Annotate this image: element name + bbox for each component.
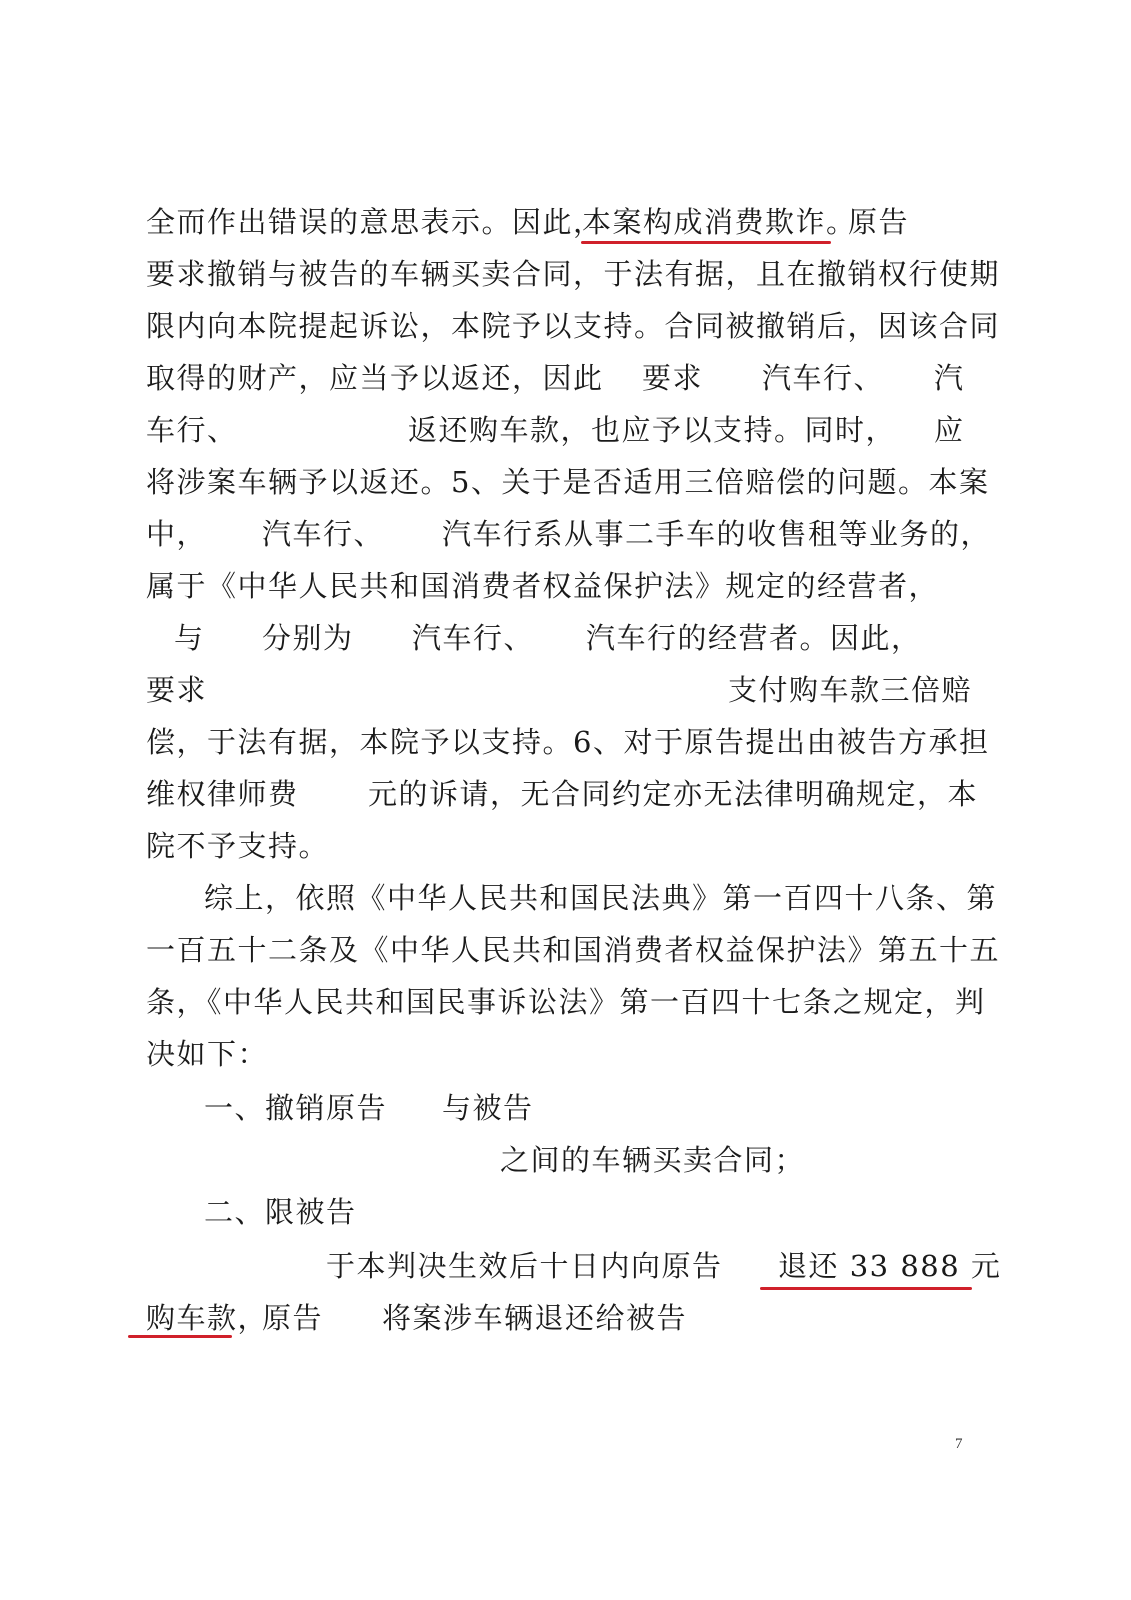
- text-segment: 要求: [642, 356, 703, 400]
- text-segment: 汽车行系从事二手车的收售租等业务的，: [442, 512, 991, 556]
- text-segment: 维权律师费: [146, 772, 299, 816]
- document-page: 全而作出错误的意思表示。因此， 本案构成消费欺诈。 原告 要求撤销与被告的车辆买…: [0, 0, 1131, 1600]
- text-segment: 偿，于法有据，本院予以支持。6、对于原告提出由被告方承担: [146, 720, 989, 764]
- text-segment: 全而作出错误的意思表示。因此，: [146, 200, 604, 244]
- highlighted-text-car-payment: 购车款，: [146, 1296, 268, 1340]
- text-segment: 一百五十二条及《中华人民共和国消费者权益保护法》第五十五: [146, 928, 1000, 972]
- text-segment: 分别为: [262, 616, 354, 660]
- text-segment: 将涉案车辆予以返还。5、关于是否适用三倍赔偿的问题。本案: [146, 460, 989, 504]
- text-segment: 汽车行的经营者。因此，: [586, 616, 922, 660]
- text-segment: 与: [174, 616, 205, 660]
- text-segment: 汽车行、: [262, 512, 384, 556]
- text-segment: 条，《中华人民共和国民事诉讼法》第一百四十七条之规定，判: [146, 980, 986, 1024]
- text-segment: 属于《中华人民共和国消费者权益保护法》规定的经营者，: [146, 564, 939, 608]
- highlighted-text-fraud: 本案构成消费欺诈。: [582, 200, 857, 244]
- text-segment: 返还购车款，也应予以支持。同时，: [408, 408, 896, 452]
- text-segment: 汽: [934, 356, 965, 400]
- text-segment: 汽车行、: [762, 356, 884, 400]
- text-segment: 决如下：: [146, 1032, 268, 1076]
- page-number: 7: [955, 1436, 963, 1453]
- text-segment: 之间的车辆买卖合同；: [500, 1138, 805, 1182]
- text-segment: 于本判决生效后十日内向原告: [326, 1244, 723, 1288]
- text-segment: 原告: [262, 1296, 323, 1340]
- red-underline-refund: [760, 1287, 972, 1290]
- text-segment: 汽车行、: [412, 616, 534, 660]
- text-segment: 要求: [146, 668, 207, 712]
- text-segment: 支付购车款三倍赔: [728, 668, 972, 712]
- text-segment: 院不予支持。: [146, 824, 329, 868]
- red-underline-fraud: [581, 241, 831, 244]
- text-segment: 取得的财产，应当予以返还，因此: [146, 356, 604, 400]
- text-segment: 元的诉请，无合同约定亦无法律明确规定，本: [368, 772, 978, 816]
- text-segment: 一、撤销原告: [204, 1086, 387, 1130]
- text-segment: 原告: [848, 200, 909, 244]
- text-segment: 综上，依照《中华人民共和国民法典》第一百四十八条、第: [204, 876, 997, 920]
- text-segment: 限内向本院提起诉讼，本院予以支持。合同被撤销后，因该合同: [146, 304, 1000, 348]
- text-segment: 二、限被告: [204, 1190, 357, 1234]
- text-segment: 车行、: [146, 408, 238, 452]
- red-underline-car-payment: [128, 1335, 232, 1338]
- text-segment: 与被告: [442, 1086, 534, 1130]
- text-segment: 将案涉车辆退还给被告: [382, 1296, 687, 1340]
- text-segment: 中，: [146, 512, 207, 556]
- text-segment: 应: [934, 408, 965, 452]
- highlighted-text-refund: 退还 33 888 元: [778, 1244, 1001, 1288]
- text-segment: 要求撤销与被告的车辆买卖合同，于法有据，且在撤销权行使期: [146, 252, 1000, 296]
